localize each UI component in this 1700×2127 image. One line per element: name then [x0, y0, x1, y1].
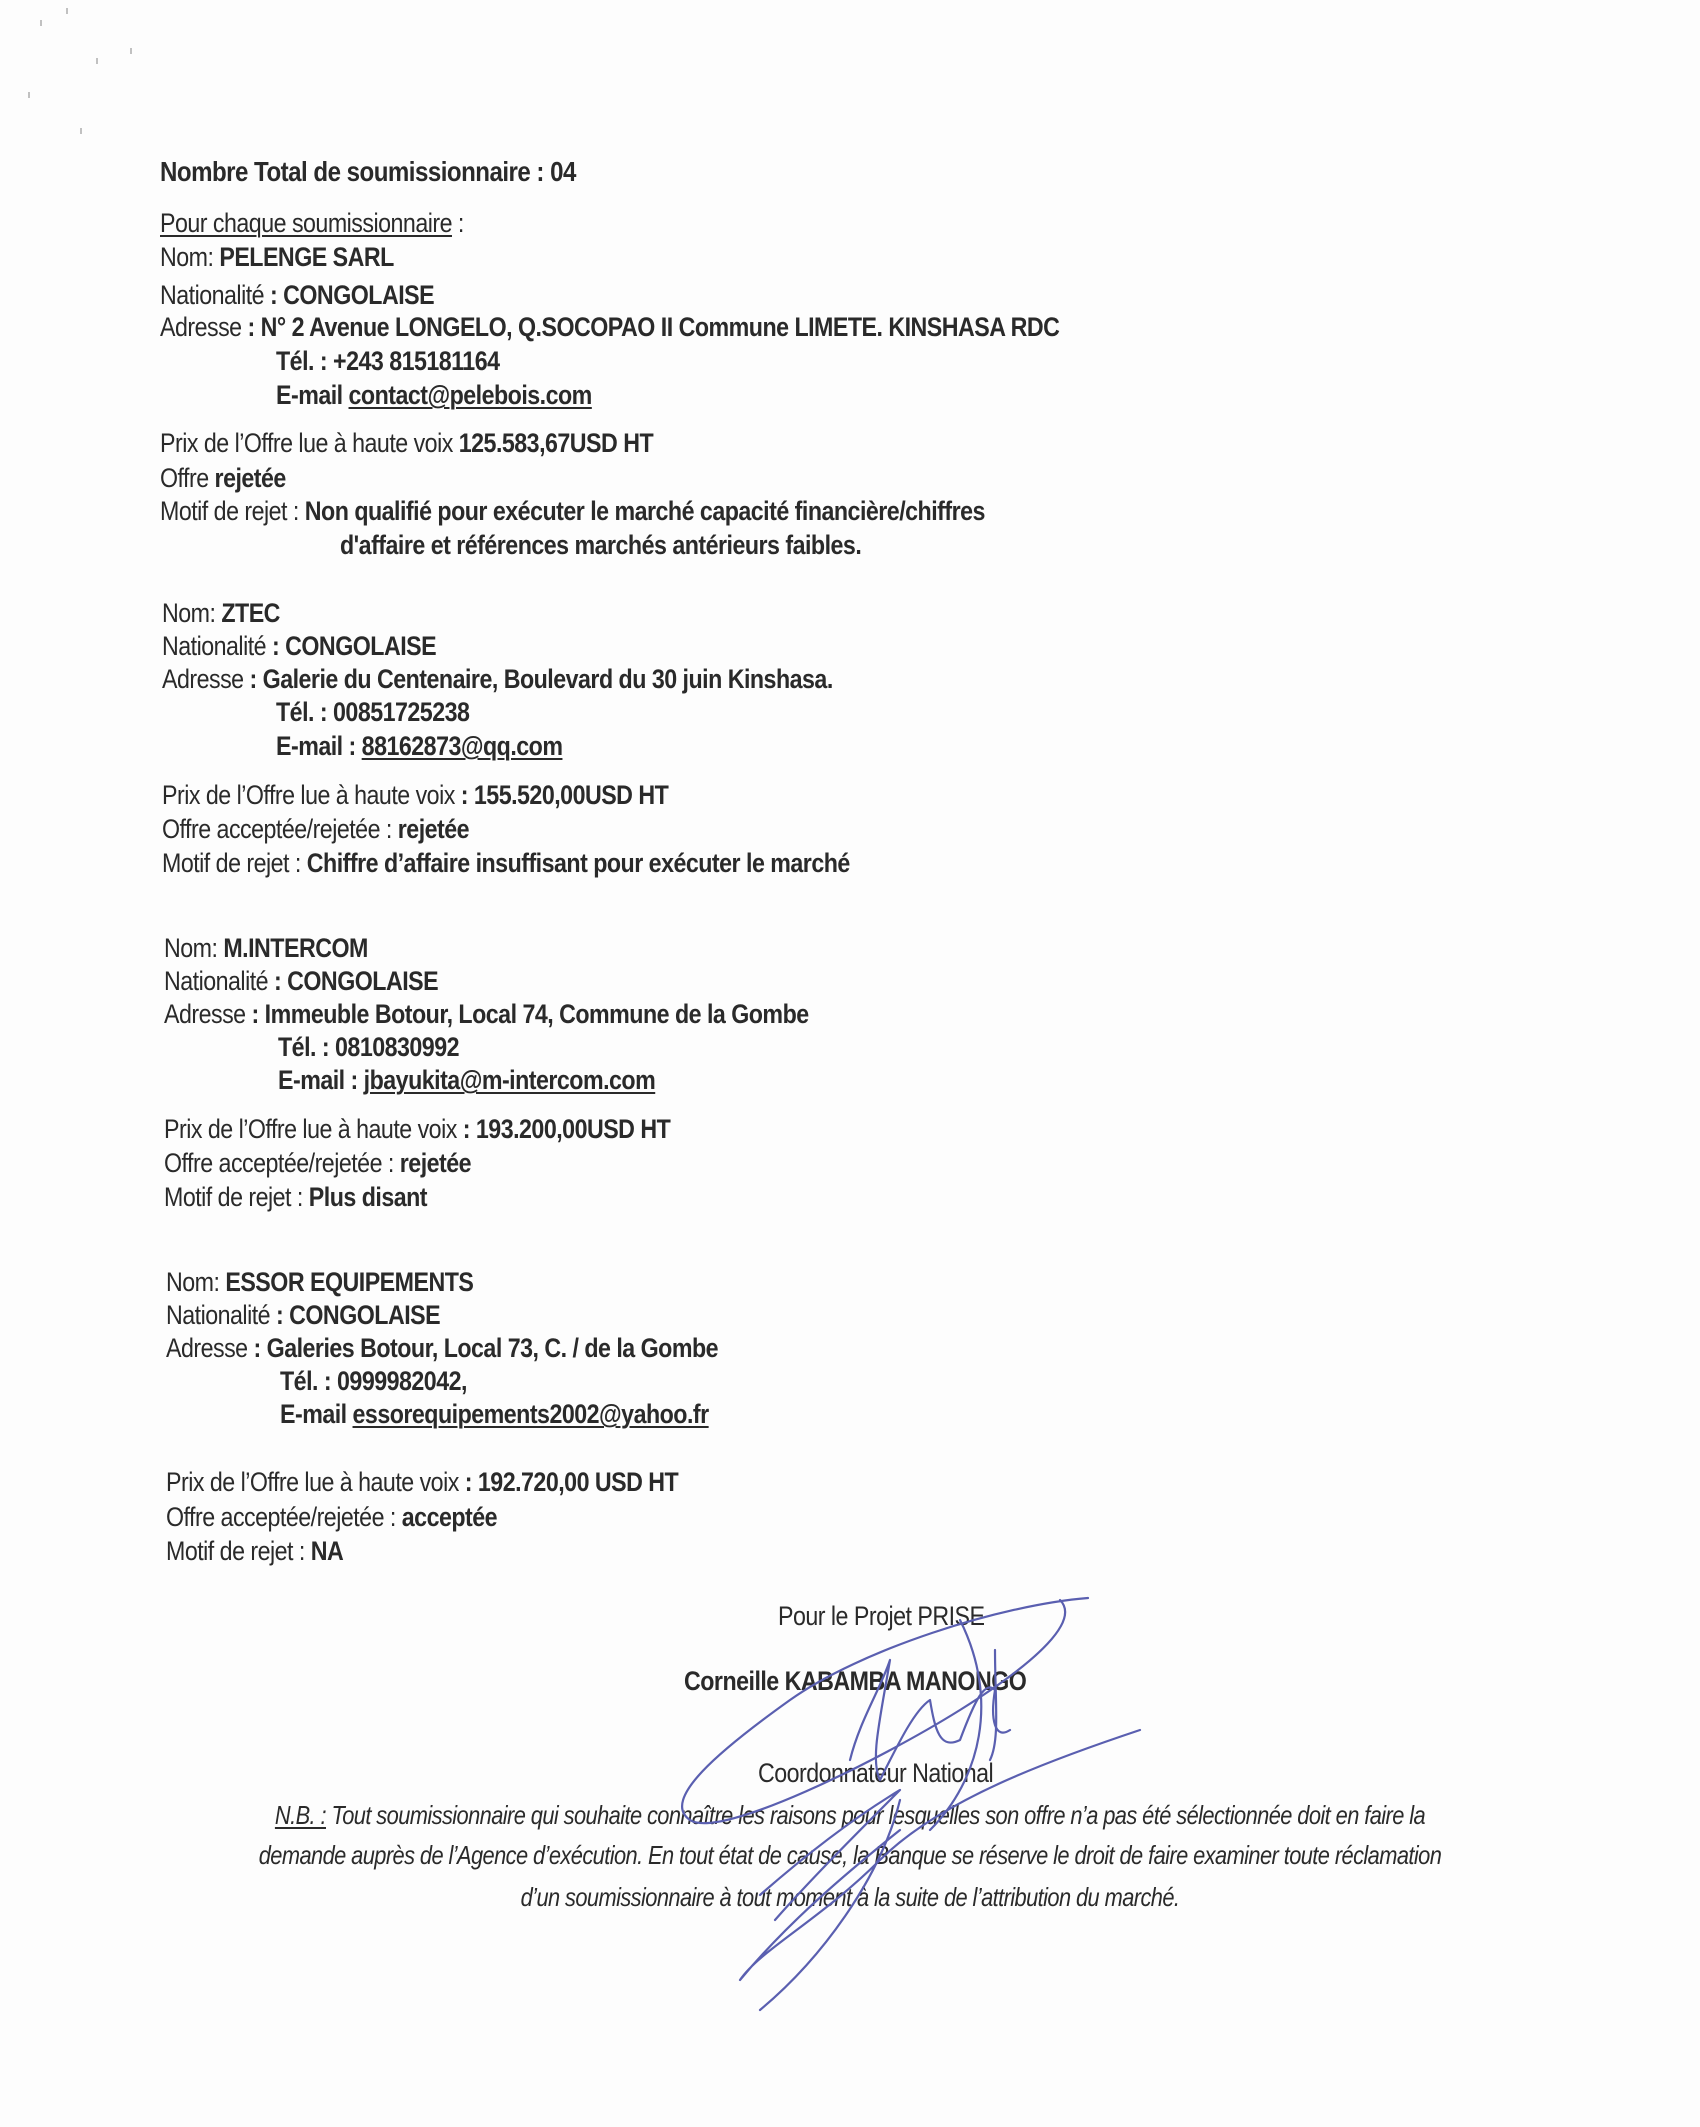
email-link[interactable]: jbayukita@m-intercom.com	[364, 1065, 656, 1095]
rejection-reason-row: Motif de rejet : NA	[166, 1536, 343, 1567]
name-label: Nom:	[160, 242, 219, 272]
address-row: Adresse : Galeries Botour, Local 73, C. …	[166, 1333, 718, 1364]
price-row: Prix de l’Offre lue à haute voix : 155.5…	[162, 780, 668, 811]
address-value: : Immeuble Botour, Local 74, Commune de …	[252, 999, 809, 1029]
email-row: E-mail essorequipements2002@yahoo.fr	[280, 1399, 709, 1430]
nationality-value: : CONGOLAISE	[274, 966, 438, 996]
scan-artifact	[66, 8, 68, 14]
bidder-name-row: Nom: M.INTERCOM	[164, 933, 368, 964]
rejection-reason-value: NA	[311, 1536, 344, 1566]
phone-row: Tél. : 00851725238	[276, 697, 469, 728]
nationality-value: : CONGOLAISE	[272, 631, 436, 661]
offer-status-label: Offre	[160, 463, 215, 493]
nationality-row: Nationalité : CONGOLAISE	[162, 631, 436, 662]
address-label: Adresse	[160, 312, 248, 342]
scan-artifact	[28, 92, 30, 98]
price-value: 125.583,67USD HT	[459, 428, 653, 458]
rejection-reason-value: Chiffre d’affaire insuffisant pour exécu…	[307, 848, 850, 878]
offer-status-value: rejetée	[398, 814, 469, 844]
signatory-name: Corneille KABAMBA MANONGO	[684, 1666, 1026, 1697]
offer-status-row: Offre rejetée	[160, 463, 286, 494]
address-label: Adresse	[162, 664, 250, 694]
name-label: Nom:	[166, 1267, 225, 1297]
total-bidders-label: Nombre Total de soumissionnaire :	[160, 156, 550, 187]
nationality-label: Nationalité	[162, 631, 272, 661]
name-label: Nom:	[164, 933, 223, 963]
per-bidder-heading: Pour chaque soumissionnaire :	[160, 208, 464, 239]
nationality-value: : CONGOLAISE	[276, 1300, 440, 1330]
bidder-name: PELENGE SARL	[219, 242, 393, 272]
signature-project: Pour le Projet PRISE	[778, 1601, 985, 1632]
nationality-row: Nationalité : CONGOLAISE	[164, 966, 438, 997]
document-page: Nombre Total de soumissionnaire : 04 Pou…	[0, 0, 1700, 2127]
address-label: Adresse	[164, 999, 252, 1029]
phone-row: Tél. : 0999982042,	[280, 1366, 467, 1397]
email-link[interactable]: essorequipements2002@yahoo.fr	[353, 1399, 709, 1429]
signatory-role: Coordonnateur National	[758, 1758, 993, 1789]
price-label: Prix de l’Offre lue à haute voix	[164, 1114, 463, 1144]
note-line-2: demande auprès de l’Agence d’exécution. …	[136, 1840, 1564, 1871]
per-bidder-colon: :	[452, 208, 464, 238]
email-link[interactable]: contact@pelebois.com	[349, 380, 592, 410]
offer-status-value: acceptée	[402, 1502, 497, 1532]
price-row: Prix de l’Offre lue à haute voix : 192.7…	[166, 1467, 678, 1498]
price-value: : 192.720,00 USD HT	[465, 1467, 678, 1497]
email-label: E-mail :	[276, 731, 362, 761]
bidder-name-row: Nom: ESSOR EQUIPEMENTS	[166, 1267, 473, 1298]
total-bidders-heading: Nombre Total de soumissionnaire : 04	[160, 156, 576, 188]
rejection-reason-row: Motif de rejet : Chiffre d’affaire insuf…	[162, 848, 850, 879]
nationality-label: Nationalité	[160, 280, 270, 310]
email-row: E-mail : jbayukita@m-intercom.com	[278, 1065, 655, 1096]
rejection-reason-value: Plus disant	[309, 1182, 427, 1212]
price-row: Prix de l’Offre lue à haute voix 125.583…	[160, 428, 653, 459]
scan-artifact	[96, 58, 98, 64]
rejection-reason-row: Motif de rejet : Non qualifié pour exécu…	[160, 496, 985, 527]
price-value: : 193.200,00USD HT	[463, 1114, 671, 1144]
offer-status-label: Offre acceptée/rejetée :	[166, 1502, 402, 1532]
price-value: : 155.520,00USD HT	[461, 780, 669, 810]
scan-artifact	[40, 20, 42, 26]
bidder-name: ZTEC	[221, 598, 280, 628]
address-value: : N° 2 Avenue LONGELO, Q.SOCOPAO II Comm…	[248, 312, 1060, 342]
price-row: Prix de l’Offre lue à haute voix : 193.2…	[164, 1114, 670, 1145]
phone-row: Tél. : +243 815181164	[276, 346, 500, 377]
offer-status-row: Offre acceptée/rejetée : acceptée	[166, 1502, 497, 1533]
rejection-reason-value: Non qualifié pour exécuter le marché cap…	[305, 496, 985, 526]
bidder-name: ESSOR EQUIPEMENTS	[225, 1267, 473, 1297]
rejection-reason-label: Motif de rejet :	[162, 848, 307, 878]
rejection-reason-label: Motif de rejet :	[164, 1182, 309, 1212]
offer-status-row: Offre acceptée/rejetée : rejetée	[162, 814, 469, 845]
email-link[interactable]: 88162873@qq.com	[362, 731, 563, 761]
rejection-reason-continued: d'affaire et références marchés antérieu…	[340, 530, 861, 561]
phone-row: Tél. : 0810830992	[278, 1032, 459, 1063]
nationality-label: Nationalité	[164, 966, 274, 996]
scan-artifact	[130, 48, 132, 54]
offer-status-row: Offre acceptée/rejetée : rejetée	[164, 1148, 471, 1179]
note-text-1: Tout soumissionnaire qui souhaite connaî…	[326, 1800, 1425, 1830]
nationality-label: Nationalité	[166, 1300, 276, 1330]
bidder-name: M.INTERCOM	[223, 933, 367, 963]
scan-artifact	[80, 128, 82, 134]
total-bidders-value: 04	[550, 156, 576, 187]
rejection-reason-row: Motif de rejet : Plus disant	[164, 1182, 427, 1213]
email-label: E-mail	[280, 1399, 353, 1429]
note-line-1: N.B. : Tout soumissionnaire qui souhaite…	[136, 1800, 1564, 1831]
address-row: Adresse : Immeuble Botour, Local 74, Com…	[164, 999, 809, 1030]
note-line-3: d’un soumissionnaire à tout moment à la …	[136, 1882, 1564, 1913]
name-label: Nom:	[162, 598, 221, 628]
nationality-row: Nationalité : CONGOLAISE	[160, 280, 434, 311]
address-label: Adresse	[166, 1333, 254, 1363]
address-row: Adresse : Galerie du Centenaire, Bouleva…	[162, 664, 833, 695]
note-label: N.B. :	[275, 1800, 326, 1830]
email-label: E-mail	[276, 380, 349, 410]
email-row: E-mail : 88162873@qq.com	[276, 731, 562, 762]
price-label: Prix de l’Offre lue à haute voix	[166, 1467, 465, 1497]
bidder-name-row: Nom: ZTEC	[162, 598, 280, 629]
rejection-reason-label: Motif de rejet :	[166, 1536, 311, 1566]
email-label: E-mail :	[278, 1065, 364, 1095]
offer-status-label: Offre acceptée/rejetée :	[164, 1148, 400, 1178]
rejection-reason-label: Motif de rejet :	[160, 496, 305, 526]
email-row: E-mail contact@pelebois.com	[276, 380, 592, 411]
nationality-row: Nationalité : CONGOLAISE	[166, 1300, 440, 1331]
nationality-value: : CONGOLAISE	[270, 280, 434, 310]
per-bidder-label: Pour chaque soumissionnaire	[160, 208, 452, 238]
offer-status-label: Offre acceptée/rejetée :	[162, 814, 398, 844]
address-row: Adresse : N° 2 Avenue LONGELO, Q.SOCOPAO…	[160, 312, 1059, 343]
price-label: Prix de l’Offre lue à haute voix	[162, 780, 461, 810]
address-value: : Galeries Botour, Local 73, C. / de la …	[254, 1333, 719, 1363]
bidder-name-row: Nom: PELENGE SARL	[160, 242, 394, 273]
price-label: Prix de l’Offre lue à haute voix	[160, 428, 459, 458]
offer-status-value: rejetée	[215, 463, 286, 493]
offer-status-value: rejetée	[400, 1148, 471, 1178]
address-value: : Galerie du Centenaire, Boulevard du 30…	[250, 664, 833, 694]
